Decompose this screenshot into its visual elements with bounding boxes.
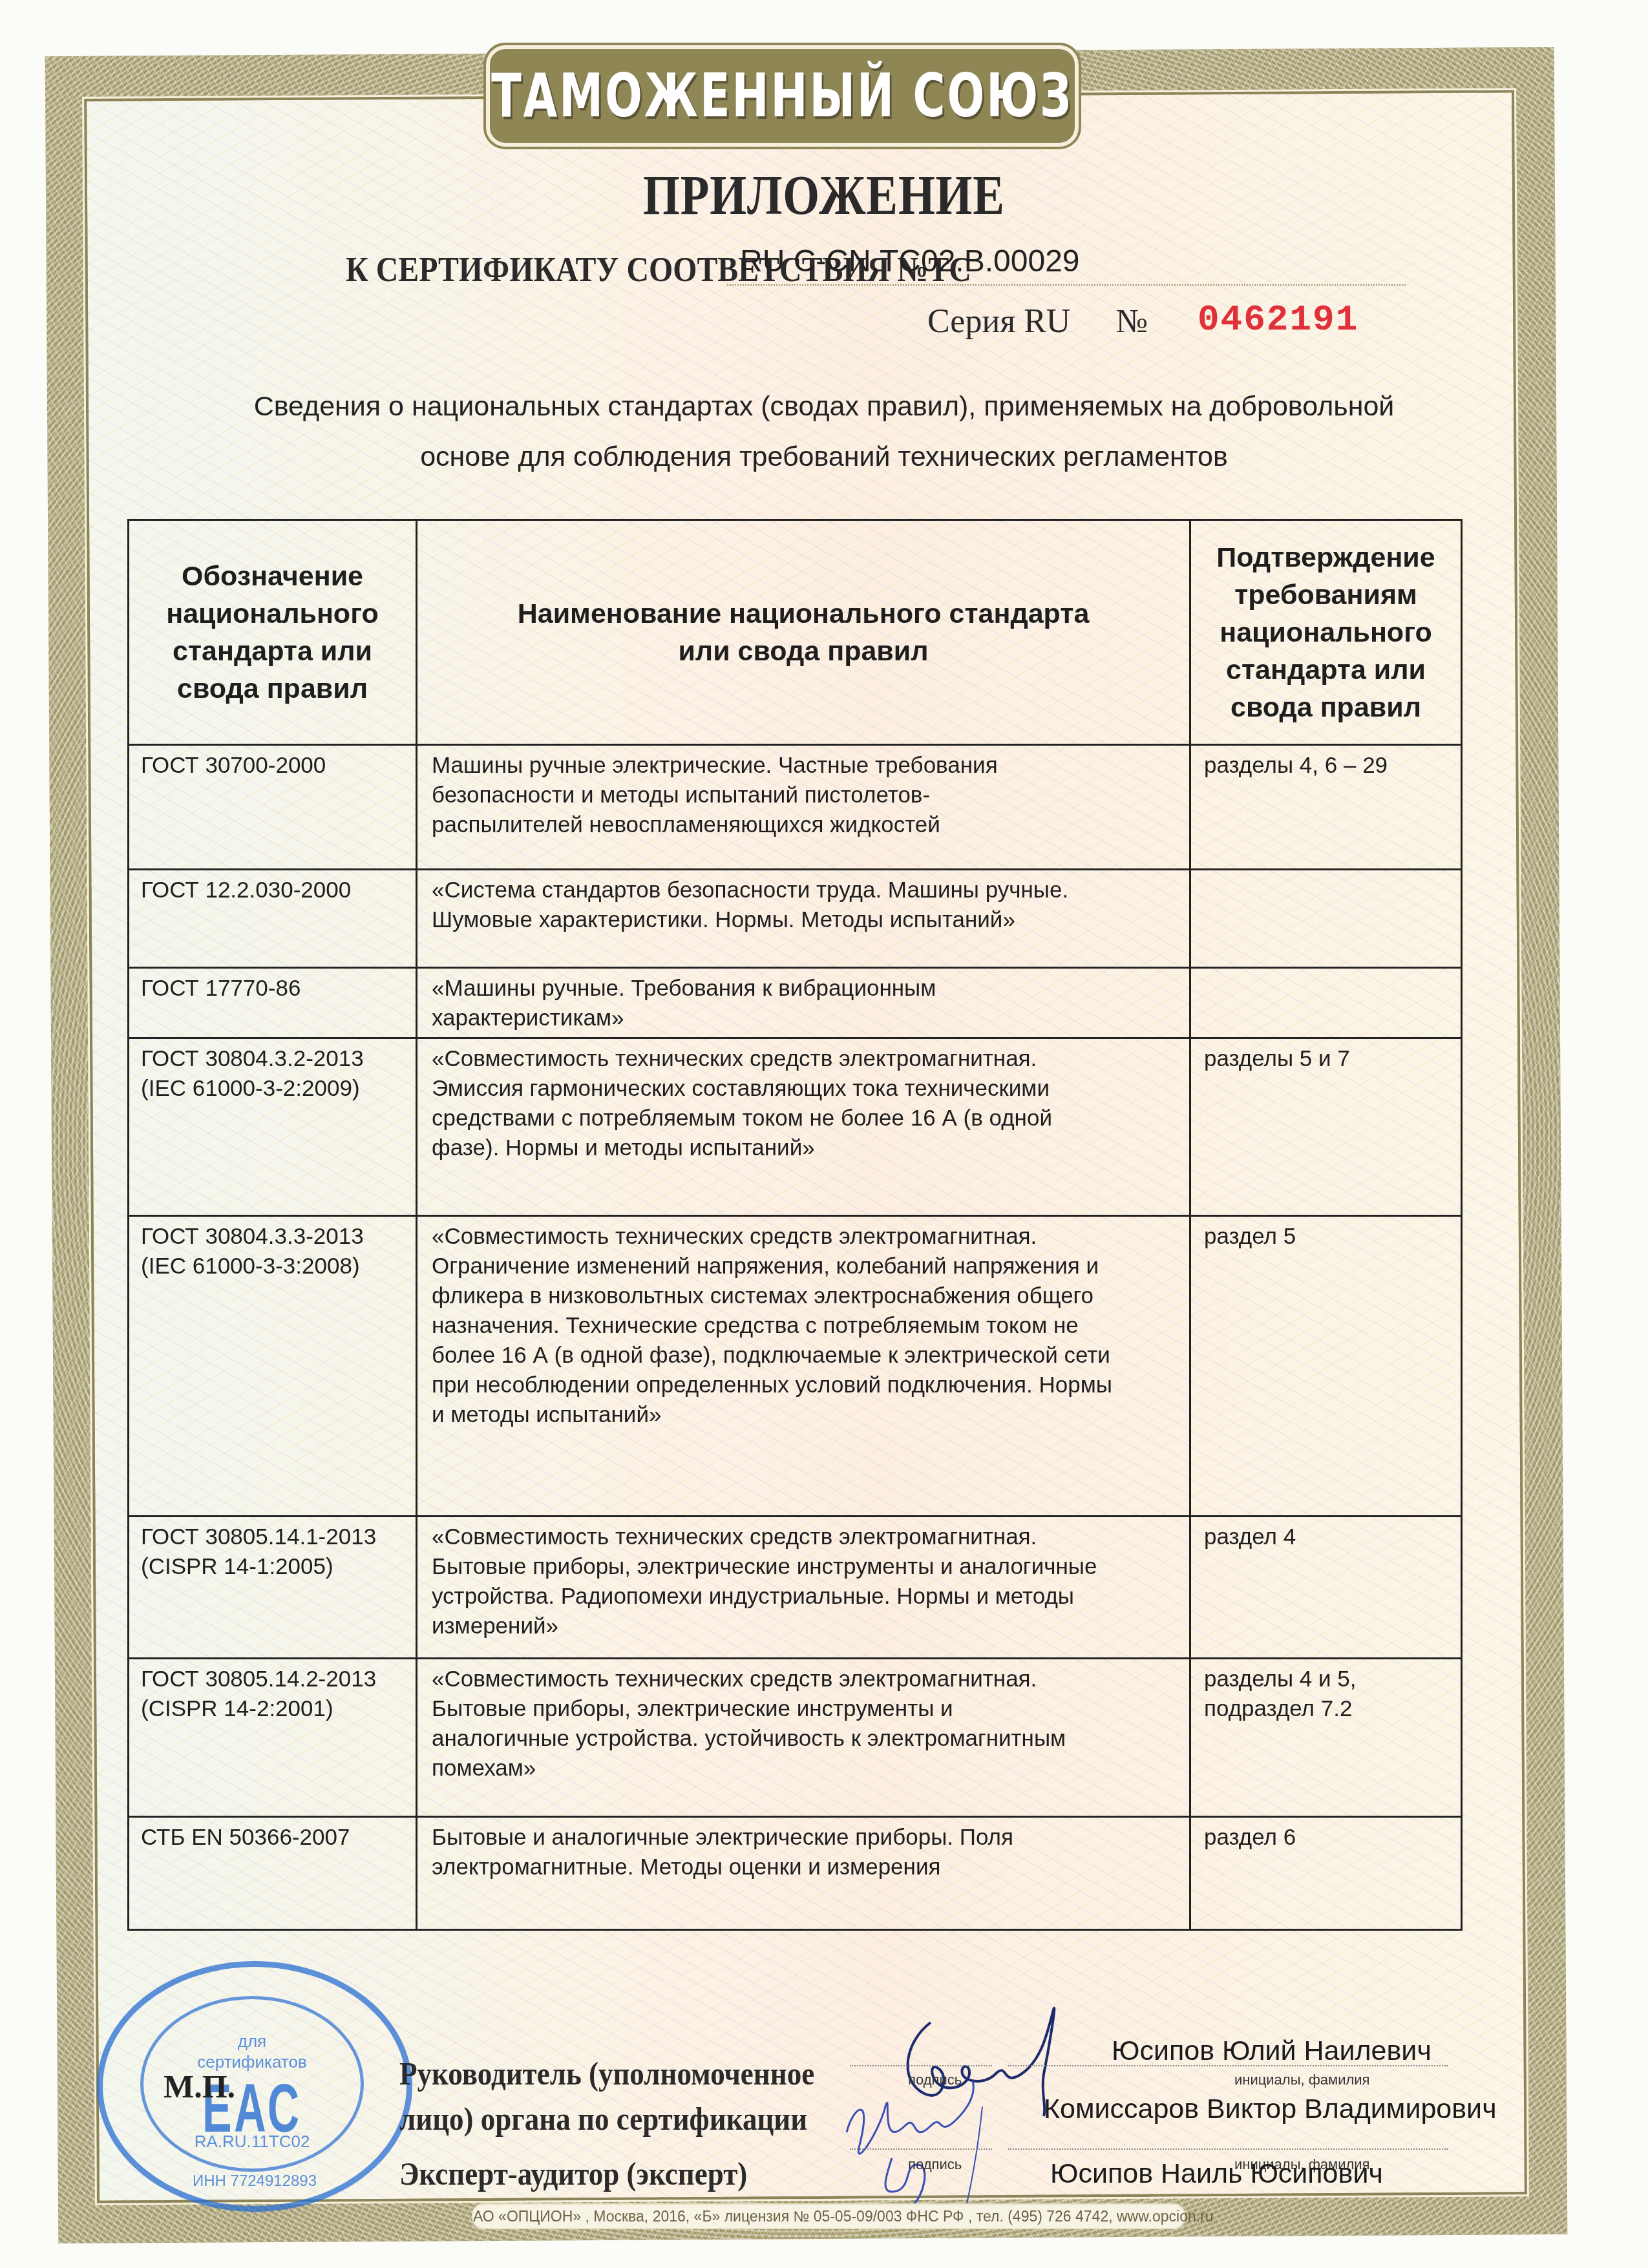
- standard-sections: [1190, 968, 1462, 1038]
- standard-code: СТБ EN 50366-2007: [129, 1817, 417, 1930]
- head-name-line: [1008, 2065, 1448, 2066]
- table-header-row: Обозначение национального стандарта или …: [129, 520, 1462, 745]
- standard-sections: раздел 6: [1190, 1817, 1462, 1930]
- standard-code: ГОСТ 12.2.030-2000: [129, 870, 417, 968]
- standard-code: ГОСТ 30700-2000: [129, 745, 417, 870]
- subtitle-line-1: Сведения о национальных стандартах (свод…: [129, 381, 1519, 432]
- table-row: ГОСТ 30804.3.3-2013 (IEC 61000-3-3:2008)…: [129, 1216, 1462, 1517]
- document-title: ПРИЛОЖЕНИЕ: [123, 163, 1525, 227]
- head-signature-caption: подпись: [908, 2072, 962, 2088]
- series-number: 0462191: [1198, 299, 1358, 341]
- standard-name: «Совместимость технических средств элект…: [417, 1216, 1190, 1517]
- expert-signature-caption: подпись: [908, 2156, 962, 2173]
- printer-imprint: АО «ОПЦИОН» , Москва, 2016, «Б» лицензия…: [472, 2203, 1185, 2229]
- table-row: ГОСТ 30700-2000 Машины ручные электричес…: [129, 745, 1462, 870]
- stamp-text-bottom: RA.RU.11ТС02: [143, 2132, 361, 2152]
- standard-name: «Совместимость технических средств элект…: [417, 1038, 1190, 1216]
- standard-code: ГОСТ 30805.14.1-2013 (CISPR 14-1:2005): [129, 1517, 417, 1659]
- standards-table: Обозначение национального стандарта или …: [127, 519, 1463, 1931]
- head-name: Юсипов Юлий Наилевич: [1112, 2035, 1431, 2067]
- customs-union-badge: ТАМОЖЕННЫЙ СОЮЗ: [486, 45, 1079, 147]
- badge-text: ТАМОЖЕННЫЙ СОЮЗ: [491, 61, 1073, 131]
- expert-signature-icon: [834, 2068, 995, 2210]
- column-header-code: Обозначение национального стандарта или …: [129, 520, 417, 745]
- standard-code: ГОСТ 30804.3.2-2013 (IEC 61000-3-2:2009): [129, 1038, 417, 1216]
- certification-body-stamp: для сертификатов ЕАС RA.RU.11ТС02 ИНН 77…: [97, 1961, 412, 2212]
- standard-sections: разделы 5 и 7: [1190, 1038, 1462, 1216]
- table-row: ГОСТ 30805.14.2-2013 (CISPR 14-2:2001) «…: [129, 1659, 1462, 1817]
- standard-sections: [1190, 870, 1462, 968]
- expert-role: Эксперт-аудитор (эксперт): [399, 2155, 747, 2192]
- certificate-number-underline: [727, 284, 1406, 286]
- stamp-text-top: для: [143, 2032, 361, 2052]
- stamp-inn: ИНН 7724912893: [103, 2172, 407, 2190]
- expert-name-2: Юсипов Наиль Юсипович: [1050, 2158, 1383, 2190]
- series-no-label: №: [1115, 303, 1148, 340]
- head-role-line-1: Руководитель (уполномоченное: [399, 2055, 814, 2092]
- series-line: Серия RU№: [927, 302, 1148, 341]
- subtitle-line-2: основе для соблюдения требований техниче…: [129, 432, 1519, 482]
- table-row: СТБ EN 50366-2007 Бытовые и аналогичные …: [129, 1817, 1462, 1930]
- column-header-name: Наименование национального стандарта или…: [417, 520, 1190, 745]
- standard-name: «Совместимость технических средств элект…: [417, 1659, 1190, 1817]
- expert-name-line: [1008, 2148, 1448, 2150]
- table-row: ГОСТ 30805.14.1-2013 (CISPR 14-1:2005) «…: [129, 1517, 1462, 1659]
- column-header-confirmation: Подтверждение требованиям национального …: [1190, 520, 1462, 745]
- certificate-number: RU C-CN.ТС02.В.00029: [740, 244, 1080, 279]
- table-row: ГОСТ 30804.3.2-2013 (IEC 61000-3-2:2009)…: [129, 1038, 1462, 1216]
- series-label: Серия RU: [927, 303, 1070, 340]
- standard-name: «Совместимость технических средств элект…: [417, 1517, 1190, 1659]
- standard-sections: раздел 5: [1190, 1216, 1462, 1517]
- table-row: ГОСТ 17770-86 «Машины ручные. Требования…: [129, 968, 1462, 1038]
- standard-sections: разделы 4 и 5, подраздел 7.2: [1190, 1659, 1462, 1817]
- standard-sections: раздел 4: [1190, 1517, 1462, 1659]
- standard-sections: разделы 4, 6 – 29: [1190, 745, 1462, 870]
- standard-code: ГОСТ 30805.14.2-2013 (CISPR 14-2:2001): [129, 1659, 417, 1817]
- expert-name-1: Комиссаров Виктор Владимирович: [1044, 2094, 1497, 2125]
- stamp-place-mark: М.П.: [164, 2068, 235, 2105]
- head-role-line-2: лицо) органа по сертификации: [399, 2100, 807, 2137]
- standard-code: ГОСТ 17770-86: [129, 968, 417, 1038]
- standard-name: Машины ручные электрические. Частные тре…: [417, 745, 1190, 870]
- standard-name: «Машины ручные. Требования к вибрационны…: [417, 968, 1190, 1038]
- expert-signature-line: [850, 2148, 992, 2150]
- standard-name: «Система стандартов безопасности труда. …: [417, 870, 1190, 968]
- subtitle: Сведения о национальных стандартах (свод…: [129, 381, 1519, 482]
- head-signature-line: [850, 2065, 992, 2066]
- standard-name: Бытовые и аналогичные электрические приб…: [417, 1817, 1190, 1930]
- head-name-caption: инициалы, фамилия: [1234, 2072, 1370, 2088]
- standard-code: ГОСТ 30804.3.3-2013 (IEC 61000-3-3:2008): [129, 1216, 417, 1517]
- table-row: ГОСТ 12.2.030-2000 «Система стандартов б…: [129, 870, 1462, 968]
